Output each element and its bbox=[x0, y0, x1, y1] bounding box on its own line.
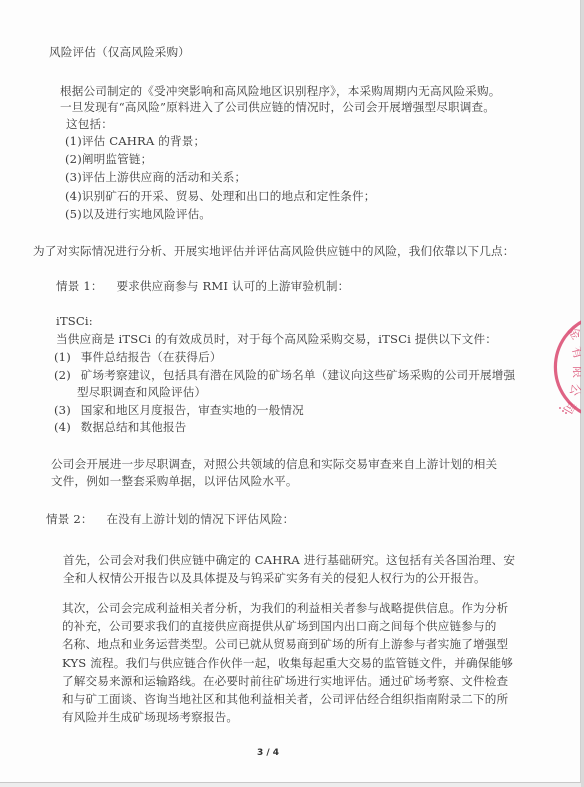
scenario-1-label: 情景 1： bbox=[56, 279, 103, 293]
scenario-2-title: 在没有上游计划的情况下评估风险： bbox=[96, 512, 294, 526]
document-item-continued: 型尽职调查和风险评估） bbox=[54, 384, 515, 402]
svg-text:司: 司 bbox=[560, 399, 578, 416]
intro-line-1: 根据公司制定的《受冲突影响和高风险地区识别程序》，本采购周期内无高风险采购。 bbox=[60, 83, 500, 99]
scenario-1-title: 要求供应商参与 RMI 认可的上游审验机制： bbox=[106, 279, 349, 293]
step-item: (3)评估上游供应商的活动和关系； bbox=[65, 168, 375, 186]
itsci-heading: iTSCi: bbox=[56, 313, 93, 329]
scenario-1-heading: 情景 1： 要求供应商参与 RMI 认可的上游审验机制： bbox=[56, 278, 349, 294]
intro-line-2: 一旦发现有“高风险”原料进入了公司供应链的情况时，公司会开展增强型尽职调查。 bbox=[60, 99, 500, 115]
scenario-2-heading: 情景 2： 在没有上游计划的情况下评估风险： bbox=[46, 511, 294, 527]
step-item: (4)识别矿石的开采、贸易、处理和出口的地点和定性条件； bbox=[65, 187, 375, 205]
document-item: (1) 事件总结报告（在获得后） bbox=[54, 349, 515, 367]
document-page: 风险评估（仅高风险采购） 根据公司制定的《受冲突影响和高风险地区识别程序》，本采… bbox=[0, 0, 581, 783]
steps-list: (1)评估 CAHRA 的背景； (2)阐明监管链； (3)评估上游供应商的活动… bbox=[65, 132, 375, 223]
scenario-2-second-paragraph: 其次，公司会完成利益相关者分析，为我们的利益相关者参与战略提供信息。作为分析 的… bbox=[62, 599, 513, 726]
scenario-2-first-paragraph: 首先，公司会对我们供应链中确定的 CAHRA 进行基础研究。这包括有关各国治理、… bbox=[63, 551, 515, 587]
scenario-2-label: 情景 2： bbox=[46, 512, 93, 526]
document-item: (4) 数据总结和其他报告 bbox=[54, 419, 515, 437]
company-seal-stamp: 金 有 限 公 司 bbox=[544, 312, 584, 422]
intro-paragraph: 根据公司制定的《受冲突影响和高风险地区识别程序》，本采购周期内无高风险采购。 一… bbox=[60, 83, 500, 132]
step-item: (5)以及进行实地风险评估。 bbox=[65, 205, 375, 223]
itsci-intro: 当供应商是 iTSCi 的有效成员时，对于每个高风险采购交易，iTSCi 提供以… bbox=[56, 331, 497, 347]
step-item: (1)评估 CAHRA 的背景； bbox=[65, 132, 375, 150]
rely-statement: 为了对实际情况进行分析、开展实地评估并评估高风险供应链中的风险，我们依靠以下几点… bbox=[33, 243, 515, 259]
intro-line-3: 这包括： bbox=[60, 116, 500, 132]
section-heading: 风险评估（仅高风险采购） bbox=[49, 44, 190, 60]
itsci-documents-list: (1) 事件总结报告（在获得后） (2) 矿场考察建议，包括具有潜在风险的矿场名… bbox=[54, 349, 515, 437]
document-item: (3) 国家和地区月度报告，审查实地的一般情况 bbox=[54, 402, 515, 420]
step-item: (2)阐明监管链； bbox=[65, 150, 375, 168]
scenario-1-followup: 公司会开展进一步尽职调查，对照公共领域的信息和实际交易审查来自上游计划的相关 文… bbox=[51, 456, 497, 490]
page-number: 3 / 4 bbox=[0, 748, 536, 758]
document-item: (2) 矿场考察建议，包括具有潜在风险的矿场名单（建议向这些矿场采购的公司开展增… bbox=[54, 367, 515, 385]
